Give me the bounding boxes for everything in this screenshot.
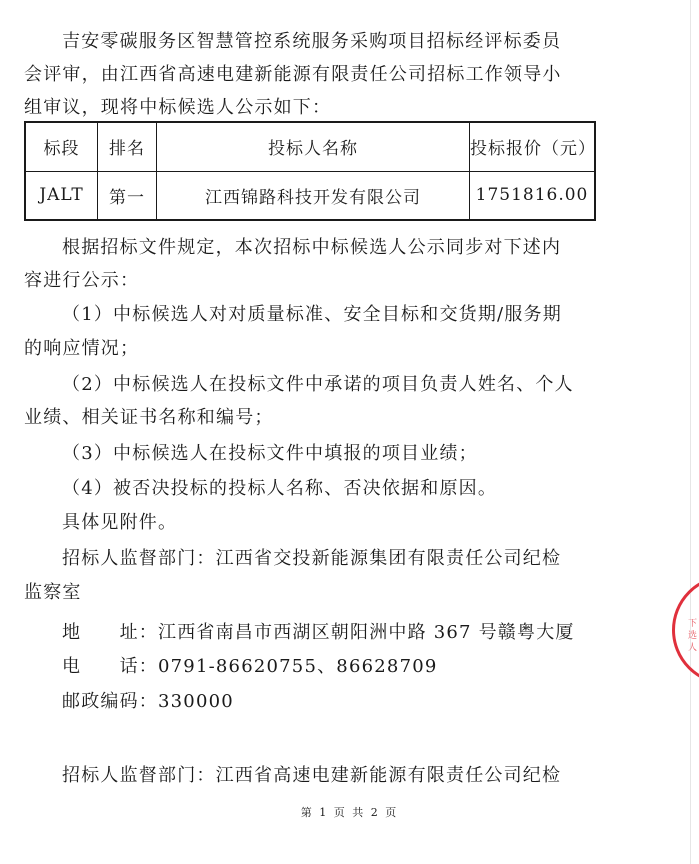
phone-value: 0791-86620755、86628709: [158, 656, 438, 677]
intro-line-3: 组审议，现将中标候选人公示如下：: [24, 96, 331, 120]
supervisor1-line-1: 招标人监督部门：江西省交投新能源集团有限责任公司纪检: [62, 547, 561, 571]
supervisor1-line-2: 监察室: [24, 581, 82, 605]
address-label: 地 址：: [62, 622, 158, 643]
header-bid-price: 投标报价（元）: [470, 122, 596, 171]
stamp-text: 下 选 人: [688, 618, 698, 654]
intro-line-1: 吉安零碳服务区智慧管控系统服务采购项目招标经评标委员: [62, 30, 561, 54]
header-bidder-name: 投标人名称: [157, 122, 470, 171]
cell-bid-price: 1751816.00: [470, 171, 596, 220]
candidate-table: 标段 排名 投标人名称 投标报价（元） JALT 第一 江西锦路科技开发有限公司…: [24, 121, 596, 221]
item-2-line-1: （2）中标候选人在投标文件中承诺的项目负责人姓名、个人: [62, 373, 574, 397]
item-4: （4）被否决投标的投标人名称、否决依据和原因。: [62, 477, 497, 501]
item-3: （3）中标候选人在投标文件中填报的项目业绩；: [62, 442, 478, 466]
supervisor2-line-1: 招标人监督部门：江西省高速电建新能源有限责任公司纪检: [62, 764, 561, 788]
see-attachment: 具体见附件。: [62, 511, 177, 535]
disclosure-line-2: 容进行公示：: [24, 269, 139, 293]
postal-row: 邮政编码：330000: [62, 690, 234, 714]
item-1-line-1: （1）中标候选人对对质量标准、安全目标和交货期/服务期: [62, 303, 562, 327]
intro-line-2: 会评审，由江西省高速电建新能源有限责任公司招标工作领导小: [24, 63, 562, 87]
page-edge: [690, 0, 691, 864]
address-value: 江西省南昌市西湖区朝阳洲中路 367 号赣粤大厦: [158, 622, 575, 643]
cell-section: JALT: [25, 171, 98, 220]
item-1-line-2: 的响应情况；: [24, 337, 139, 361]
table-row: JALT 第一 江西锦路科技开发有限公司 1751816.00: [25, 171, 595, 220]
header-section: 标段: [25, 122, 98, 171]
address-row: 地 址：江西省南昌市西湖区朝阳洲中路 367 号赣粤大厦: [62, 621, 575, 645]
phone-label: 电 话：: [62, 656, 158, 677]
cell-bidder-name: 江西锦路科技开发有限公司: [157, 171, 470, 220]
cell-rank: 第一: [98, 171, 157, 220]
disclosure-line-1: 根据招标文件规定，本次招标中标候选人公示同步对下述内: [62, 236, 561, 260]
postal-value: 330000: [158, 691, 234, 712]
page-footer: 第 1 页 共 2 页: [0, 804, 699, 820]
phone-row: 电 话：0791-86620755、86628709: [62, 655, 438, 679]
item-2-line-2: 业绩、相关证书名称和编号；: [24, 406, 274, 430]
table-header-row: 标段 排名 投标人名称 投标报价（元）: [25, 122, 595, 171]
postal-label: 邮政编码：: [62, 691, 158, 712]
header-rank: 排名: [98, 122, 157, 171]
